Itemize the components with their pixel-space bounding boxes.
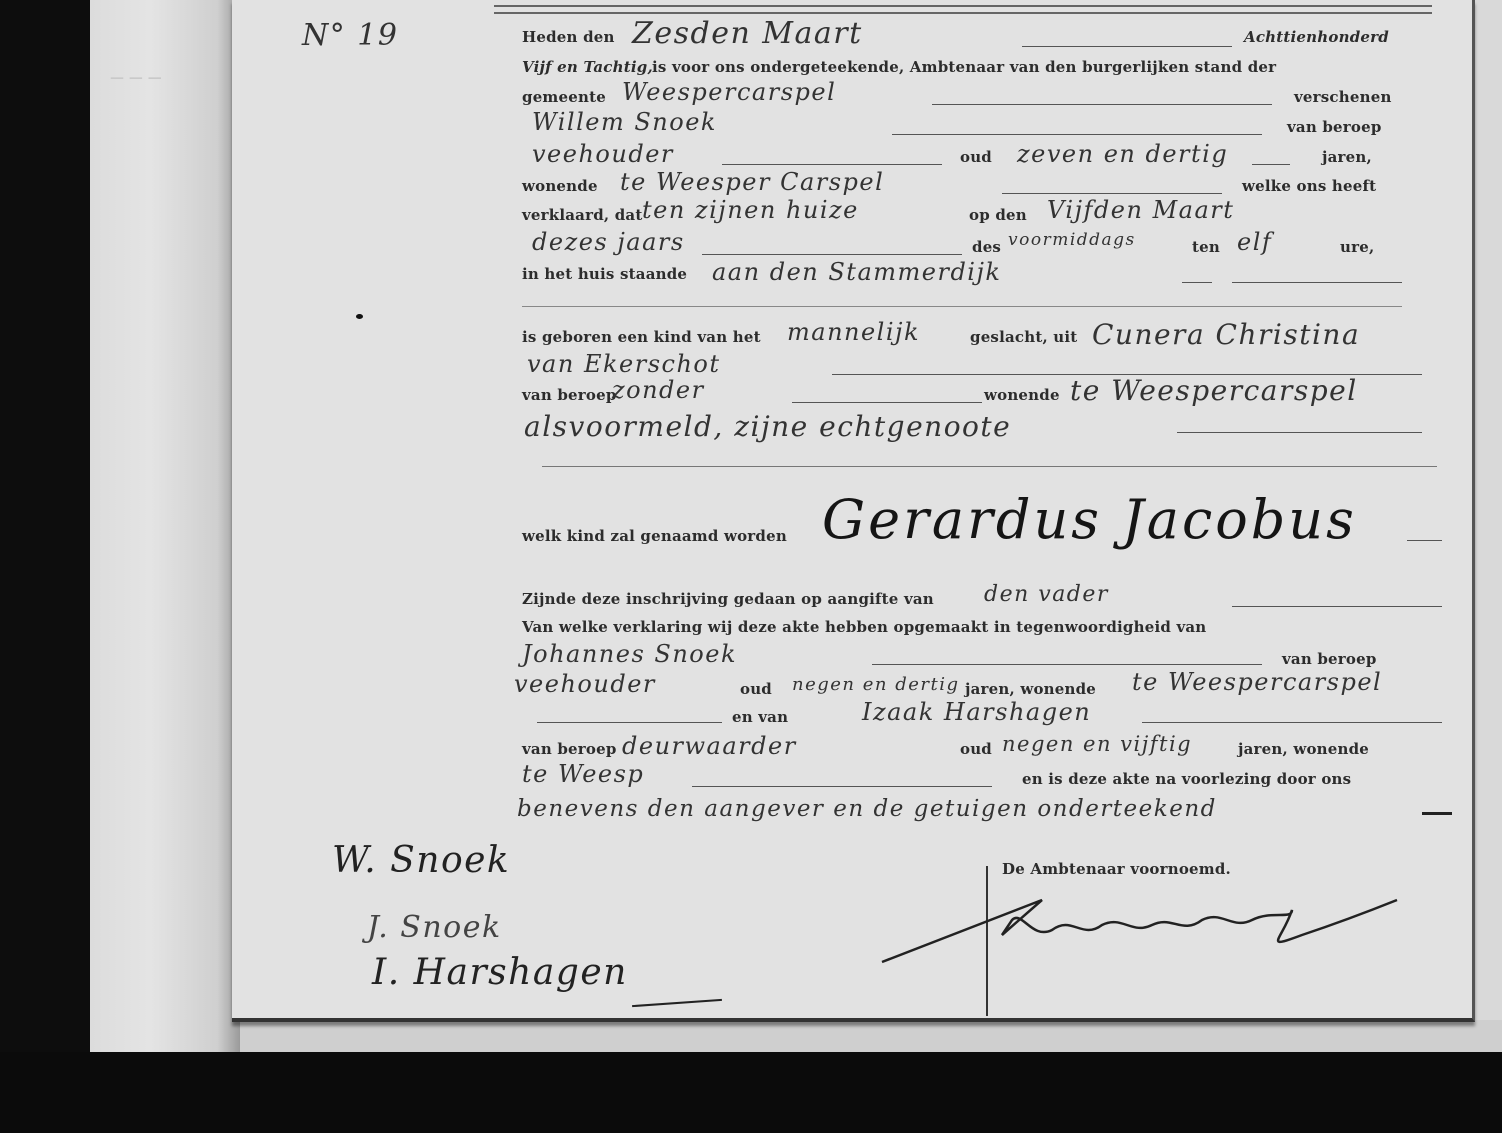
print-text: van beroep — [1287, 118, 1382, 136]
print-text: en is deze akte na voorlezing door ons — [1022, 770, 1351, 788]
print-text: welk kind zal genaamd worden — [522, 527, 787, 545]
fill-line — [1142, 722, 1442, 723]
print-text: verschenen — [1294, 88, 1392, 106]
print-text: wonende — [984, 386, 1060, 404]
signature-witness1: J. Snoek — [367, 910, 502, 945]
fill-line — [792, 402, 982, 403]
print-text: oud — [960, 740, 992, 758]
fill-line — [1002, 193, 1222, 194]
handwritten-child-name: Gerardus Jacobus — [822, 488, 1357, 551]
fill-line — [1232, 282, 1402, 283]
fill-line — [537, 722, 722, 723]
print-text: Achttienhonderd — [1244, 28, 1389, 46]
print-text: Heden den — [522, 28, 615, 46]
handwritten-witness2-residence: te Weesp — [522, 760, 644, 788]
handwritten-occupation: veehouder — [532, 140, 674, 168]
microfilm-border-left — [0, 0, 90, 1133]
handwritten-mother-surname: van Ekerschot — [527, 350, 721, 378]
fill-line — [1252, 164, 1290, 165]
handwritten-witness1-age: negen en dertig — [792, 674, 960, 695]
print-text: Zijnde deze inschrijving gedaan op aangi… — [522, 590, 934, 608]
handwritten-declarant: Willem Snoek — [532, 108, 717, 136]
print-text: jaren, wonende — [965, 680, 1096, 698]
fill-line — [932, 104, 1272, 105]
act-number: N° 19 — [302, 18, 398, 53]
print-text: oud — [960, 148, 992, 166]
handwritten-witness2-age: negen en vijftig — [1002, 732, 1192, 756]
print-text: jaren, wonende — [1238, 740, 1369, 758]
print-text: Van welke verklaring wij deze akte hebbe… — [522, 618, 1206, 636]
print-text: in het huis staande — [522, 265, 687, 283]
fill-line — [1232, 606, 1442, 607]
print-text: des — [972, 238, 1001, 256]
print-text: ten — [1192, 238, 1220, 256]
fill-line — [1022, 46, 1232, 47]
fill-line — [1177, 432, 1422, 433]
handwritten-witness1-residence: te Weespercarspel — [1132, 668, 1382, 696]
previous-page-edge: — — — — [90, 0, 240, 1052]
handwritten-witness1-occupation: veehouder — [514, 670, 656, 698]
print-text: van beroep — [522, 386, 617, 404]
fill-line — [702, 254, 962, 255]
print-text: van beroep — [522, 740, 617, 758]
print-text: welke ons heeft — [1242, 177, 1376, 195]
fill-line — [1407, 540, 1442, 541]
fill-line — [872, 664, 1262, 665]
handwritten-sex: mannelijk — [787, 318, 920, 346]
handwritten-mother-occupation: zonder — [612, 376, 705, 404]
fill-line — [522, 306, 1402, 307]
fill-line — [692, 786, 992, 787]
handwritten-residence: te Weesper Carspel — [620, 168, 884, 196]
handwritten-year: dezes jaars — [532, 228, 685, 256]
handwritten-informant: den vader — [984, 582, 1109, 607]
print-text: oud — [740, 680, 772, 698]
handwritten-time-of-day: voormiddags — [1008, 230, 1136, 250]
handwritten-witness2-occupation: deurwaarder — [622, 732, 797, 760]
handwritten-witness2-name: Izaak Harshagen — [862, 698, 1091, 726]
handwritten-hour: elf — [1237, 228, 1272, 256]
signature-witness2: I. Harshagen — [372, 952, 628, 993]
print-text: wonende — [522, 177, 598, 195]
handwritten-date: Zesden Maart — [632, 16, 863, 51]
handwritten-municipality: Weespercarspel — [622, 78, 836, 106]
signature-declarant: W. Snoek — [332, 840, 510, 881]
page-bottom-edge — [240, 1020, 1502, 1052]
handwritten-closing: benevens den aangever en de getuigen ond… — [517, 796, 1217, 822]
print-text: op den — [969, 206, 1027, 224]
signature-flourish — [632, 999, 722, 1007]
print-text: en van — [732, 708, 788, 726]
fill-line — [892, 134, 1262, 135]
print-text: geslacht, uit — [970, 328, 1077, 346]
ink-spot — [356, 314, 363, 319]
print-text: is voor ons ondergeteekende, Ambtenaar v… — [652, 58, 1276, 76]
print-text: gemeente — [522, 88, 606, 106]
handwritten-spouse-note: alsvoormeld, zijne echtgenoote — [524, 410, 1011, 443]
official-label: De Ambtenaar voornoemd. — [1002, 860, 1231, 878]
microfilm-border-bottom — [0, 1052, 1502, 1133]
handwritten-mother-name: Cunera Christina — [1092, 318, 1360, 351]
certificate-page: N° 19 Heden den Zesden Maart Achttienhon… — [232, 0, 1475, 1022]
official-signature — [872, 890, 1452, 980]
print-text: van beroep — [1282, 650, 1377, 668]
top-double-rule — [494, 5, 1432, 14]
fill-line — [1182, 282, 1212, 283]
handwritten-birthplace: ten zijnen huize — [642, 196, 859, 224]
handwritten-age: zeven en dertig — [1017, 140, 1228, 168]
handwritten-witness1-name: Johannes Snoek — [522, 640, 737, 668]
handwritten-mother-residence: te Weespercarspel — [1070, 374, 1358, 407]
page-edge-right — [1475, 0, 1502, 1040]
fill-line — [1422, 812, 1452, 815]
handwritten-birth-date: Vijfden Maart — [1047, 196, 1234, 224]
print-text: Vijf en Tachtig, — [522, 58, 653, 76]
handwritten-address: aan den Stammerdijk — [712, 258, 1001, 286]
print-text: ure, — [1340, 238, 1374, 256]
print-text: is geboren een kind van het — [522, 328, 761, 346]
fill-line — [722, 164, 942, 165]
print-text: verklaard, dat — [522, 206, 642, 224]
fill-line — [542, 466, 1437, 467]
print-text: jaren, — [1322, 148, 1372, 166]
